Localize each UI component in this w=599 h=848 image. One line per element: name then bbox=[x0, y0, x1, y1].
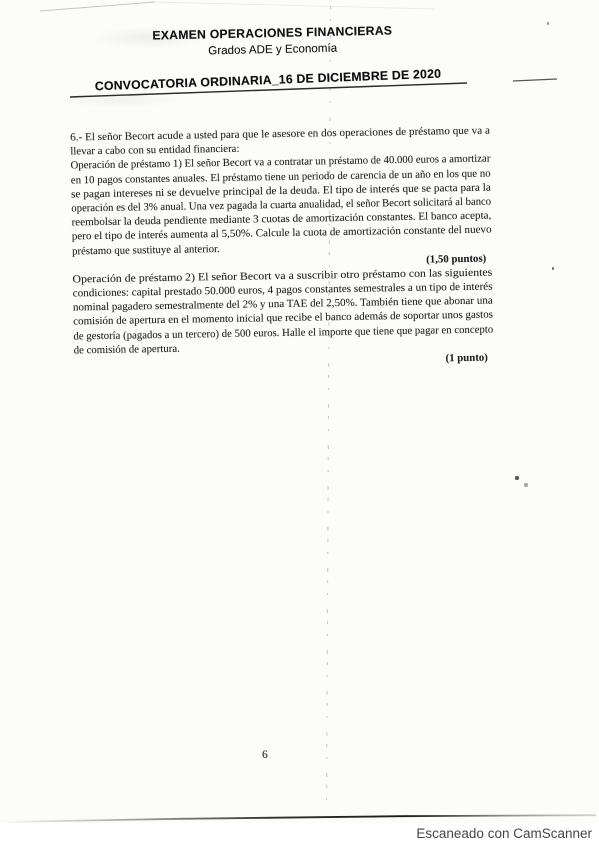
body-line-text: préstamo que sustituye al anterior. bbox=[72, 242, 220, 259]
header-rule-dash bbox=[513, 79, 557, 81]
page-bottom-edge bbox=[4, 815, 596, 822]
body-line-text: (1 punto) bbox=[445, 351, 488, 366]
page-top-edge-faint bbox=[155, 2, 435, 9]
convocatoria-line: CONVOCATORIA ORDINARIA_16 DE DICIEMBRE D… bbox=[0, 63, 536, 97]
scan-speck bbox=[524, 483, 528, 487]
scan-smudge bbox=[55, 92, 185, 108]
scanned-exam-page: EXAMEN OPERACIONES FINANCIERAS Grados AD… bbox=[0, 0, 599, 848]
scan-speck bbox=[547, 22, 549, 25]
camscanner-watermark: Escaneado con CamScanner bbox=[416, 826, 592, 841]
scan-speck bbox=[552, 267, 554, 270]
exam-header: EXAMEN OPERACIONES FINANCIERAS Grados AD… bbox=[0, 20, 545, 61]
body-line-text: (1,50 puntos) bbox=[426, 251, 486, 266]
page-top-edge bbox=[40, 2, 155, 11]
scan-speck bbox=[515, 476, 519, 480]
page-number: 6 bbox=[262, 749, 268, 761]
exam-body-text: 6.- El señor Becort acude a usted para q… bbox=[70, 124, 494, 372]
camscanner-strip: Escaneado con CamScanner bbox=[0, 823, 599, 848]
body-line-text: de comisión de apertura. bbox=[74, 342, 180, 358]
